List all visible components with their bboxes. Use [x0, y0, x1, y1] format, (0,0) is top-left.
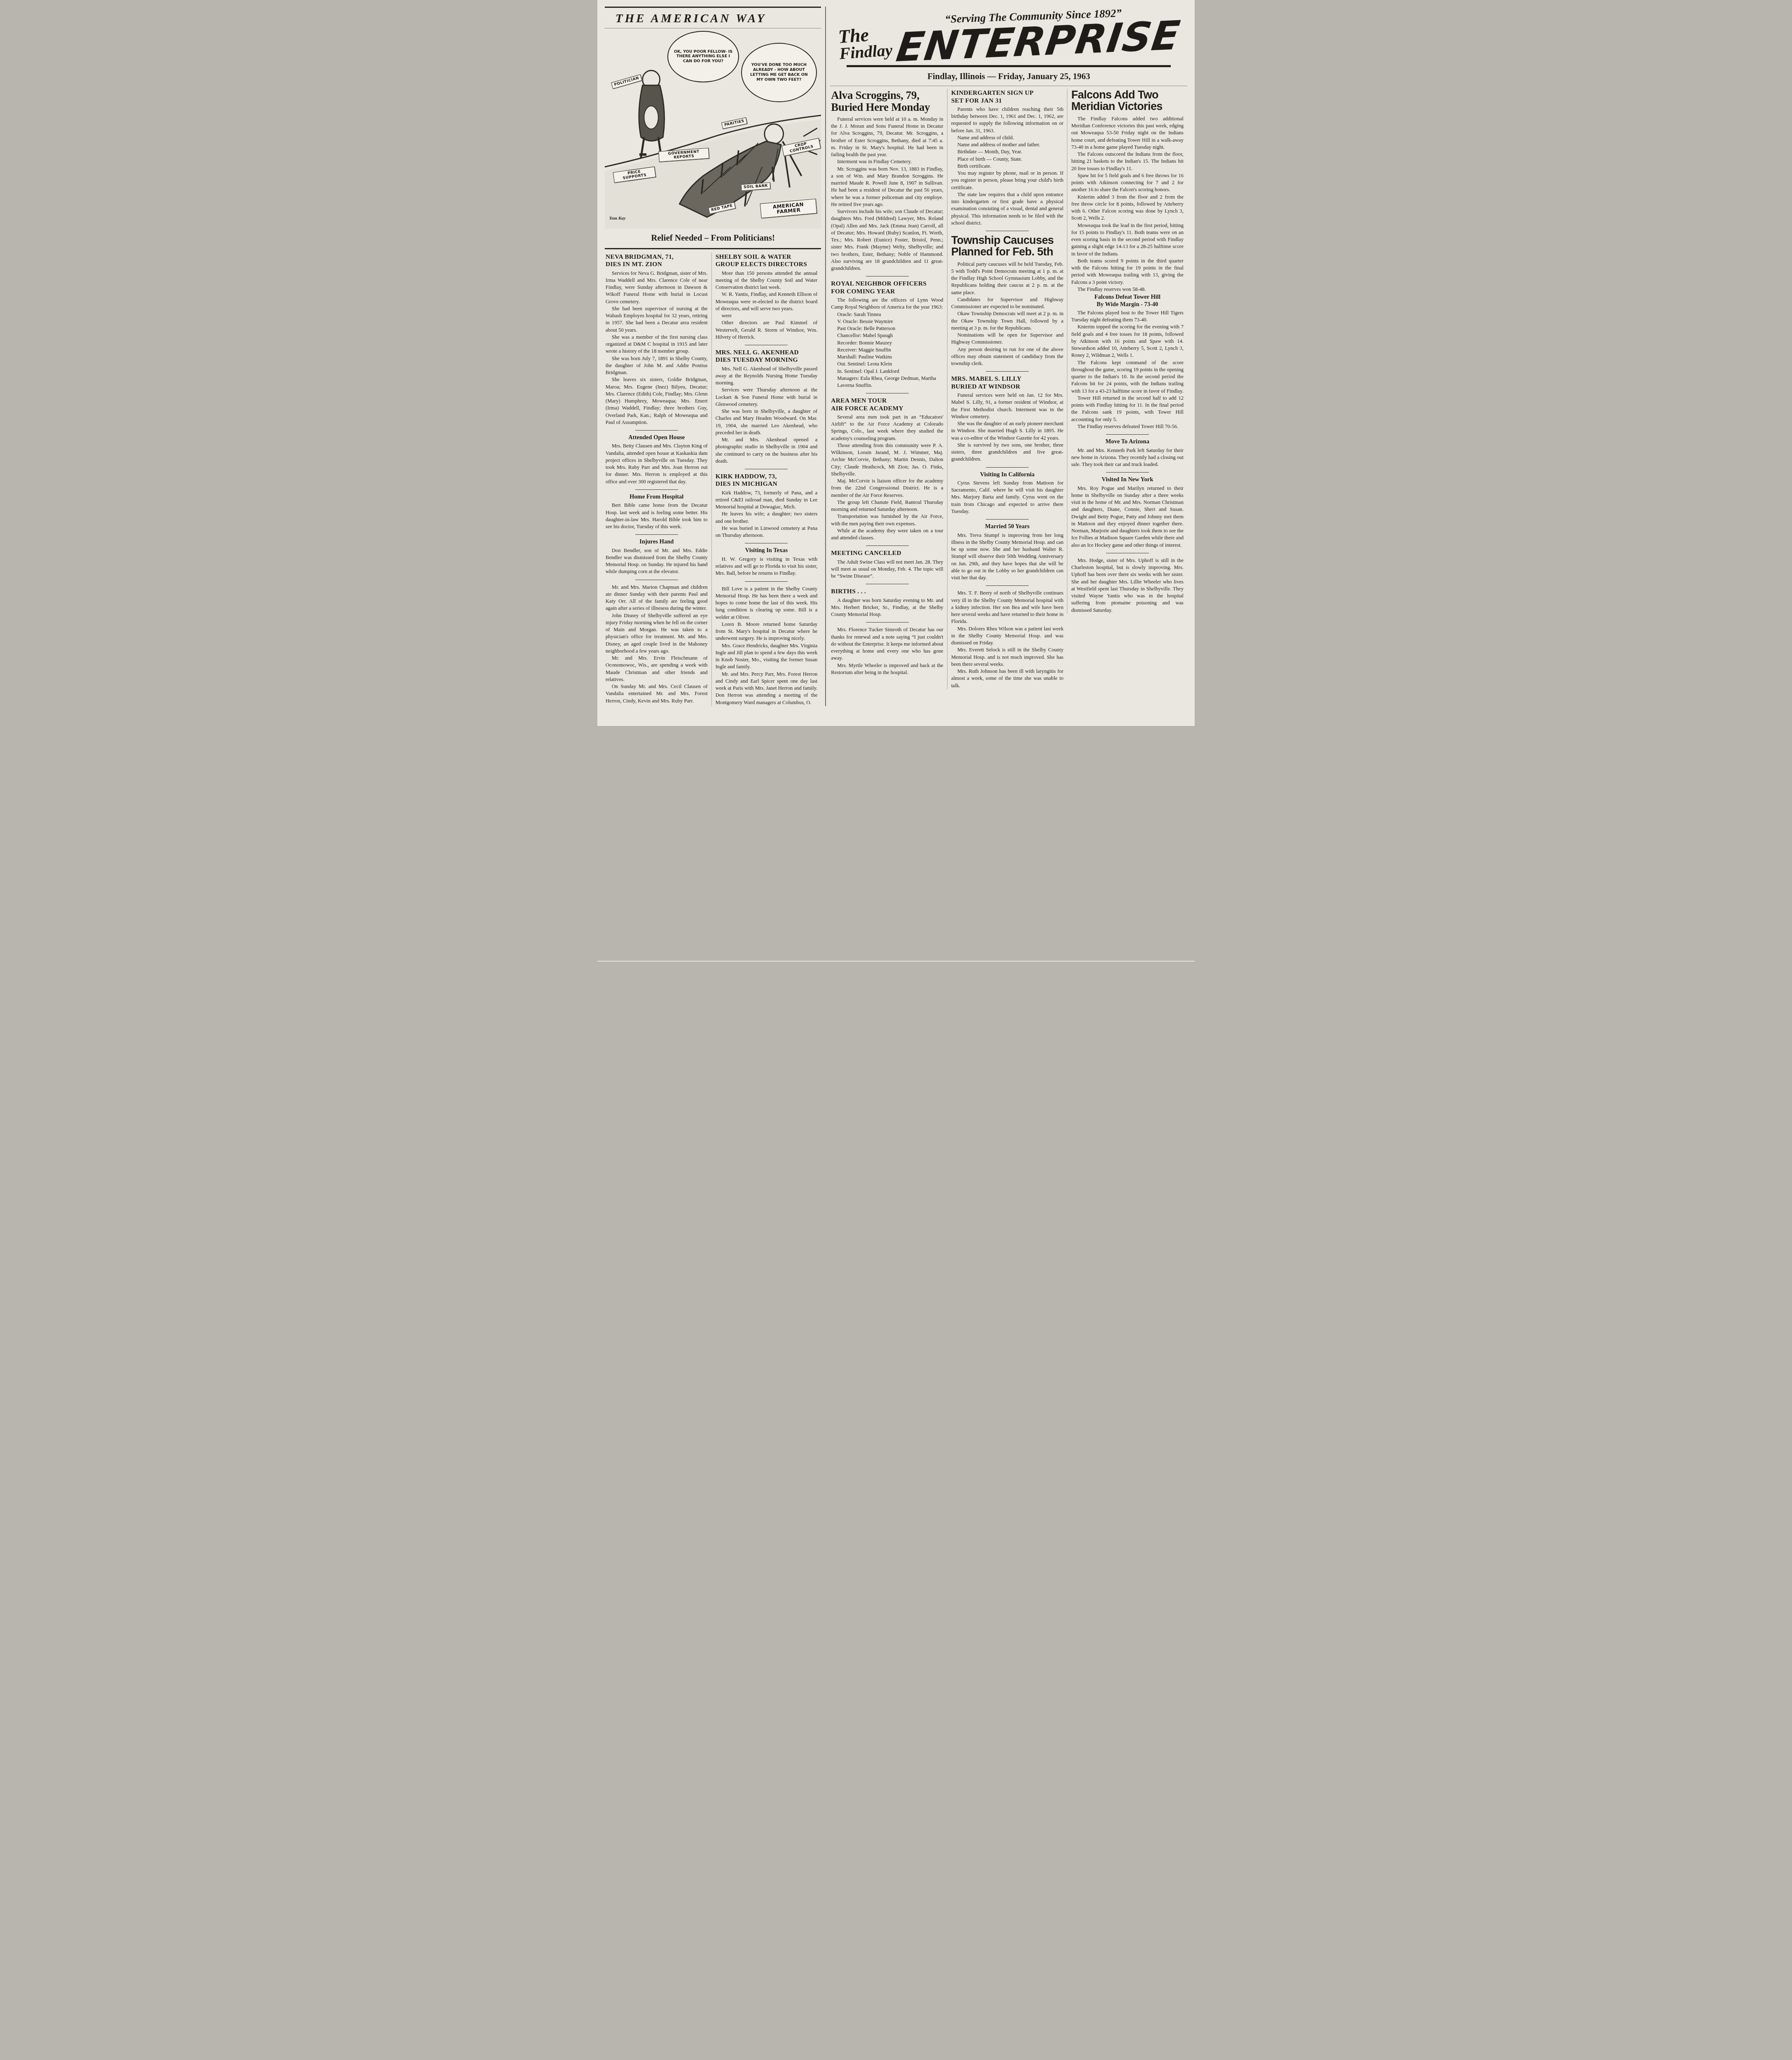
article-paragraph: Funeral services were held on Jan. 12 fo… — [951, 392, 1064, 420]
article-headline: AREA MEN TOURAIR FORCE ACADEMY — [831, 397, 943, 412]
article-paragraph: Knierim added 3 from the floor and 2 fro… — [1071, 194, 1184, 222]
article-headline: Move To Arizona — [1071, 438, 1184, 445]
article-paragraph: Mrs. Grace Hendricks, daughter Mrs. Virg… — [716, 642, 818, 671]
article-headline: Attended Open House — [606, 434, 708, 441]
article-paragraph: John Disney of Shelbyville suffered an e… — [606, 612, 708, 655]
masthead-logo-small-words: The Findlay — [838, 24, 893, 61]
column-1: NEVA BRIDGMAN, 71,DIES IN MT. ZIONServic… — [605, 253, 711, 705]
article: KIRK HADDOW, 73,DIES IN MICHIGANKirk Had… — [716, 473, 818, 539]
article-divider — [866, 276, 909, 276]
article-paragraph: The following are the officers of Lynn W… — [831, 297, 943, 311]
top-sections: THE AMERICAN WAY — [605, 7, 1187, 706]
article-paragraph: Mrs. Dolores Rhea Wilson was a patient l… — [951, 625, 1064, 647]
article-paragraph: were — [716, 312, 818, 319]
article-paragraph: Transportation was furnished by the Air … — [831, 513, 943, 527]
article-list-line: Name and address of mother and father. — [951, 141, 1064, 148]
article-divider — [866, 622, 909, 623]
politician-speech-bubble: OK, YOU POOR FELLOW- IS THERE ANYTHING E… — [667, 31, 739, 82]
article-headline: Falcons Defeat Tower HillBy Wide Margin … — [1071, 294, 1184, 308]
article-paragraph: Kirk Haddow, 73, formerly of Pana, and a… — [716, 489, 818, 511]
editorial-cartoon: OK, YOU POOR FELLOW- IS THERE ANYTHING E… — [605, 31, 821, 229]
cartoonist-signature: Tom Kay — [609, 216, 626, 221]
article-paragraph: More than 150 persons attended the annua… — [716, 270, 818, 291]
article: AREA MEN TOURAIR FORCE ACADEMYSeveral ar… — [831, 397, 943, 541]
article-paragraph: Mrs. Ruth Johnson has been ill with lary… — [951, 668, 1064, 689]
farmer-speech-bubble: YOU'VE DONE TOO MUCH ALREADY - HOW ABOUT… — [741, 43, 817, 102]
article-headline: KINDERGARTEN SIGN UPSET FOR JAN 31 — [951, 89, 1064, 105]
article-paragraph: She was the daughter of an early pioneer… — [951, 420, 1064, 442]
article-paragraph: Other directors are Paul Kimmel of Weste… — [716, 319, 818, 341]
dateline: Findlay, Illinois — Friday, January 25, … — [830, 71, 1187, 86]
article: NEVA BRIDGMAN, 71,DIES IN MT. ZIONServic… — [606, 253, 708, 426]
article: Mrs. T. F. Beery of north of Shelbyville… — [951, 590, 1064, 689]
article: Alva Scroggins, 79,Buried Here MondayFun… — [831, 89, 943, 272]
masthead-enterprise: ENTERPRISE — [894, 17, 1182, 66]
article-paragraph: Any person desiring to run for one of th… — [951, 346, 1064, 368]
article-paragraph: He was buried in Linwood cemetery at Pan… — [716, 525, 818, 539]
article: Visiting In TexasH. W. Gregory is visiti… — [716, 547, 818, 577]
article-list-line: Recorder: Bonnie Mauzey — [831, 339, 943, 346]
masthead-findlay: Findlay — [839, 42, 893, 61]
article-paragraph: Nominations will be open for Supervisor … — [951, 332, 1064, 346]
article-divider — [866, 393, 909, 393]
article-paragraph: Okaw Township Democrats will meet at 2 p… — [951, 310, 1064, 332]
article-paragraph: Don Bendler, son of Mr. and Mrs. Eddie B… — [606, 547, 708, 576]
article-list-line: Out. Sentinel: Leota Klein — [831, 360, 943, 368]
column-2: SHELBY SOIL & WATERGROUP ELECTS DIRECTOR… — [711, 253, 821, 706]
right-section: “Serving The Community Since 1892” The F… — [826, 7, 1187, 706]
article-paragraph: She leaves six sisters, Goldie Bridgman,… — [606, 376, 708, 426]
article-paragraph: While at the academy they were taken on … — [831, 527, 943, 542]
article-paragraph: Mrs. Florence Tucker Simroth of Decatur … — [831, 626, 943, 662]
column-4: KINDERGARTEN SIGN UPSET FOR JAN 31Parent… — [947, 89, 1067, 689]
article: ROYAL NEIGHBOR OFFICERSFOR COMING YEARTh… — [831, 280, 943, 389]
article-paragraph: She was born July 7, 1891 in Shelby Coun… — [606, 355, 708, 377]
article-list-line: V. Oracle: Bessie Waymire — [831, 318, 943, 325]
article-paragraph: Those attending from this community were… — [831, 442, 943, 478]
article-paragraph: The Findlay Falcons added two additional… — [1071, 115, 1184, 151]
article: BIRTHS . . .A daughter was born Saturday… — [831, 588, 943, 618]
article-divider — [1106, 553, 1149, 553]
article-paragraph: Mr. and Mrs. Akenhead opened a photograp… — [716, 436, 818, 465]
article-headline: Alva Scroggins, 79,Buried Here Monday — [831, 89, 943, 113]
article-paragraph: The Adult Swine Class will not meet Jan.… — [831, 559, 943, 580]
left-section: THE AMERICAN WAY — [605, 7, 826, 706]
article-list-line: Name and address of child. — [951, 134, 1064, 141]
article-list-line: Birth certificate. — [951, 163, 1064, 170]
article-divider — [1106, 472, 1149, 473]
article-paragraph: Maj. McCorvie is liaison officer for the… — [831, 478, 943, 499]
article-headline: KIRK HADDOW, 73,DIES IN MICHIGAN — [716, 473, 818, 488]
article-paragraph: Mr. and Mrs. Marion Chapman and children… — [606, 584, 708, 612]
article-paragraph: Mrs. Everett Selock is still in the Shel… — [951, 646, 1064, 668]
article-paragraph: H. W. Gregory is visiting in Texas with … — [716, 556, 818, 577]
article-headline: Falcons Add TwoMeridian Victories — [1071, 89, 1184, 112]
article-divider — [745, 345, 788, 345]
article-paragraph: Mrs. T. F. Beery of north of Shelbyville… — [951, 590, 1064, 625]
article: Move To ArizonaMr. and Mrs. Kenneth Park… — [1071, 438, 1184, 468]
cartoon-caption: Relief Needed – From Politicians! — [605, 229, 821, 246]
article-paragraph: W. R. Yantis, Findlay, and Kenneth Ellis… — [716, 291, 818, 312]
article-paragraph: Interment was in Findlay Cemetery. — [831, 158, 943, 165]
article-paragraph: You may register by phone, mail or in pe… — [951, 170, 1064, 191]
article-divider — [986, 519, 1029, 520]
article-paragraph: Candidates for Supervisor and Highway Co… — [951, 296, 1064, 311]
article: Attended Open HouseMrs. Betty Clausen an… — [606, 434, 708, 485]
article: Mrs. Hodge, sister of Mrs. Uphoff is sti… — [1071, 557, 1184, 614]
article-headline: Visiting In California — [951, 471, 1064, 478]
article-paragraph: Bill Love is a patient in the Shelby Cou… — [716, 585, 818, 621]
left-columns: NEVA BRIDGMAN, 71,DIES IN MT. ZIONServic… — [605, 248, 821, 706]
article-paragraph: Mrs. Hodge, sister of Mrs. Uphoff is sti… — [1071, 557, 1184, 614]
article-headline: MEETING CANCELED — [831, 550, 943, 557]
article-paragraph: Bert Bible came home from the Decatur Ho… — [606, 502, 708, 530]
article-paragraph: Survivors include his wife; son Claude o… — [831, 208, 943, 272]
article-paragraph: She is survived by two sons, one brother… — [951, 442, 1064, 463]
article: SHELBY SOIL & WATERGROUP ELECTS DIRECTOR… — [716, 253, 818, 341]
article: Visited In New YorkMrs. Roy Pogue and Ma… — [1071, 476, 1184, 549]
article-paragraph: Moweaqua took the lead in the first peri… — [1071, 222, 1184, 257]
article-divider — [745, 543, 788, 543]
article: Injures HandDon Bendler, son of Mr. and … — [606, 538, 708, 575]
article-divider — [635, 534, 678, 535]
article-paragraph: The state law requires that a child upon… — [951, 191, 1064, 227]
article-paragraph: Mrs. Myrtle Wheeler is improved and back… — [831, 662, 943, 677]
article-divider — [635, 580, 678, 580]
article-headline: MRS. MABEL S. LILLYBURIED AT WINDSOR — [951, 375, 1064, 391]
column-3: Alva Scroggins, 79,Buried Here MondayFun… — [830, 89, 947, 676]
article: Falcons Add TwoMeridian VictoriesThe Fin… — [1071, 89, 1184, 293]
article-paragraph: Funeral services were held at 10 a. m. M… — [831, 116, 943, 159]
newspaper-page: THE AMERICAN WAY — [597, 0, 1195, 726]
article-headline: Visited In New York — [1071, 476, 1184, 483]
article-paragraph: A daughter was born Saturday evening to … — [831, 597, 943, 618]
article-paragraph: Tower Hill returned in the second half t… — [1071, 395, 1184, 423]
article: Home From HospitalBert Bible came home f… — [606, 494, 708, 530]
article: MRS. MABEL S. LILLYBURIED AT WINDSORFune… — [951, 375, 1064, 463]
article-list-line: Marshall: Pauline Watkins — [831, 353, 943, 360]
article-divider — [635, 489, 678, 490]
article-list-line: Past Oracle: Belle Patterson — [831, 325, 943, 332]
column-5: Falcons Add TwoMeridian VictoriesThe Fin… — [1067, 89, 1187, 614]
scan-artifact-line — [597, 961, 1195, 962]
article-divider — [986, 585, 1029, 586]
article-paragraph: Services for Neva G. Bridgman, sister of… — [606, 270, 708, 305]
article: Married 50 YearsMrs. Treva Stumpf is imp… — [951, 523, 1064, 581]
article-list-line: Receiver: Maggie Snuffin — [831, 346, 943, 353]
article-paragraph: She was a member of the first nursing cl… — [606, 334, 708, 355]
article: MRS. NELL G. AKENHEADDIES TUESDAY MORNIN… — [716, 349, 818, 465]
article-paragraph: Both teams scored 9 points in the third … — [1071, 257, 1184, 286]
article-list-line: Birthdate — Month, Day, Year. — [951, 148, 1064, 155]
article-paragraph: He leaves his wife; a daughter; two sist… — [716, 510, 818, 525]
masthead-logo: The Findlay ENTERPRISE — [830, 23, 1187, 59]
article-paragraph: Mrs. Betty Clausen and Mrs. Clayton King… — [606, 442, 708, 485]
article-paragraph: Mrs. Roy Pogue and Marilyn returned to t… — [1071, 485, 1184, 549]
american-way-title: THE AMERICAN WAY — [605, 7, 821, 28]
article: Falcons Defeat Tower HillBy Wide Margin … — [1071, 294, 1184, 430]
article-paragraph: Parents who have children reaching their… — [951, 106, 1064, 134]
article-divider — [866, 584, 909, 584]
article: Bill Love is a patient in the Shelby Cou… — [716, 585, 818, 706]
article-list-line: Place of birth — County, State. — [951, 156, 1064, 163]
article: Mr. and Mrs. Marion Chapman and children… — [606, 584, 708, 705]
article-paragraph: Mr. and Mrs. Kenneth Park left Saturday … — [1071, 447, 1184, 468]
article-headline: SHELBY SOIL & WATERGROUP ELECTS DIRECTOR… — [716, 253, 818, 269]
article-headline: Township CaucusesPlanned for Feb. 5th — [951, 235, 1064, 258]
article-list-line: Chancellor: Mabel Spaugh — [831, 332, 943, 339]
article-headline: Visiting In Texas — [716, 547, 818, 554]
article-paragraph: The Falcons kept command of the score th… — [1071, 359, 1184, 395]
article: MEETING CANCELEDThe Adult Swine Class wi… — [831, 550, 943, 580]
article-divider — [986, 371, 1029, 372]
article-paragraph: Mrs. Nell G. Akenhead of Shelbyville pas… — [716, 365, 818, 387]
article-paragraph: The group left Chanute Field, Rantoul Th… — [831, 499, 943, 513]
article-paragraph: Mrs. Treva Stumpf is improving from her … — [951, 532, 1064, 582]
article: KINDERGARTEN SIGN UPSET FOR JAN 31Parent… — [951, 89, 1064, 227]
article-paragraph: Knierim topped the scoring for the eveni… — [1071, 323, 1184, 359]
article-paragraph: Mr. Scroggins was born Nov. 13, 1883 in … — [831, 166, 943, 208]
article-divider — [866, 545, 909, 546]
article-headline: BIRTHS . . . — [831, 588, 943, 595]
article-paragraph: She had been supervisor of nursing at th… — [606, 305, 708, 334]
right-columns: Alva Scroggins, 79,Buried Here MondayFun… — [830, 86, 1187, 689]
article-headline: MRS. NELL G. AKENHEADDIES TUESDAY MORNIN… — [716, 349, 818, 364]
article-paragraph: The Falcons outscored the Indians from t… — [1071, 151, 1184, 172]
article-paragraph: The Falcons played host to the Tower Hil… — [1071, 309, 1184, 324]
article-paragraph: Mr. and Mrs. Percy Parr, Mrs. Forest Her… — [716, 671, 818, 706]
article-headline: ROYAL NEIGHBOR OFFICERSFOR COMING YEAR — [831, 280, 943, 295]
article-paragraph: She was born in Shelbyville, a daughter … — [716, 408, 818, 436]
article-paragraph: Services were Thursday afternoon at the … — [716, 386, 818, 408]
article-paragraph: The Findlay reserves defeated Tower Hill… — [1071, 423, 1184, 430]
article-list-line: Managers: Eula Rhea, George Dedman, Mart… — [831, 375, 943, 389]
article-headline: NEVA BRIDGMAN, 71,DIES IN MT. ZION — [606, 253, 708, 269]
article-paragraph: Political party caucuses will be held Tu… — [951, 261, 1064, 296]
article-paragraph: Mr. and Mrs. Ervin Fleischmann of Oconom… — [606, 655, 708, 683]
article-divider — [745, 581, 788, 582]
article: Township CaucusesPlanned for Feb. 5thPol… — [951, 235, 1064, 367]
article-paragraph: Several area men took part in an “Educat… — [831, 414, 943, 442]
article-divider — [986, 231, 1029, 231]
article-paragraph: Loren B. Moore returned home Saturday fr… — [716, 621, 818, 642]
article-paragraph: Cyrus Stevens left Sunday from Mattoon f… — [951, 480, 1064, 515]
article-list-line: Oracle: Sarah Tinnea — [831, 311, 943, 318]
article-divider — [986, 467, 1029, 468]
article-list-line: In. Sentinel: Opal J. Lankford — [831, 368, 943, 375]
article-headline: Home From Hospital — [606, 494, 708, 501]
article-divider — [1106, 434, 1149, 435]
article-paragraph: Spaw hit for 5 field goals and 6 free th… — [1071, 172, 1184, 194]
article-divider — [635, 430, 678, 431]
article: Mrs. Florence Tucker Simroth of Decatur … — [831, 626, 943, 676]
article: Visiting In CaliforniaCyrus Stevens left… — [951, 471, 1064, 515]
article-headline: Injures Hand — [606, 538, 708, 545]
article-headline: Married 50 Years — [951, 523, 1064, 530]
article-paragraph: On Sunday Mr. and Mrs. Cecil Clausen of … — [606, 683, 708, 705]
article-divider — [745, 469, 788, 469]
article-paragraph: The Findlay reserves won 58-48. — [1071, 286, 1184, 293]
